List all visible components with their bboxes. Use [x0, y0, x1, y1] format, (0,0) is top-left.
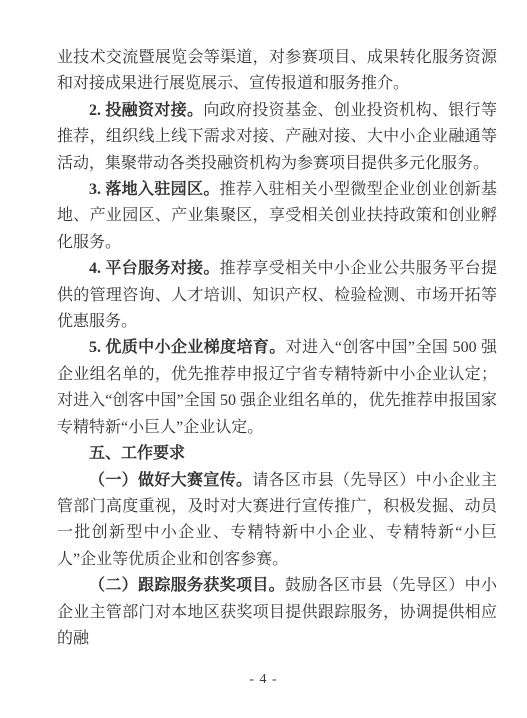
paragraph-item-yi: （一）做好大赛宣传。请各区市县（先导区）中小企业主管部门高度重视，及时对大赛进行… [57, 468, 497, 574]
paragraph-item-er: （二）跟踪服务获奖项目。鼓励各区市县（先导区）中小企业主管部门对本地区获奖项目提… [57, 573, 497, 652]
paragraph-lead: 5. 优质中小企业梯度培育。 [89, 339, 286, 356]
section-heading-text: 五、工作要求 [89, 445, 185, 462]
page-number: - 4 - [0, 672, 527, 688]
paragraph-lead: 3. 落地入驻园区。 [89, 181, 220, 198]
section-heading-5: 五、工作要求 [57, 441, 497, 467]
paragraph-continuation: 业技术交流暨展览会等渠道，对参赛项目、成果转化服务资源和对接成果进行展览展示、宣… [57, 45, 497, 98]
paragraph-lead: 4. 平台服务对接。 [89, 260, 220, 277]
paragraph-text: 业技术交流暨展览会等渠道，对参赛项目、成果转化服务资源和对接成果进行展览展示、宣… [57, 49, 497, 92]
paragraph-lead: （一）做好大赛宣传。 [89, 472, 252, 489]
paragraph-item-2: 2. 投融资对接。向政府投资基金、创业投资机构、银行等推荐，组织线上线下需求对接… [57, 98, 497, 177]
paragraph-lead: 2. 投融资对接。 [89, 102, 203, 119]
paragraph-lead: （二）跟踪服务获奖项目。 [89, 577, 285, 594]
paragraph-item-4: 4. 平台服务对接。推荐享受相关中小企业公共服务平台提供的管理咨询、人才培训、知… [57, 256, 497, 335]
paragraph-item-3: 3. 落地入驻园区。推荐入驻相关小型微型企业创业创新基地、产业园区、产业集聚区，… [57, 177, 497, 256]
document-page: 业技术交流暨展览会等渠道，对参赛项目、成果转化服务资源和对接成果进行展览展示、宣… [0, 0, 527, 718]
paragraph-item-5: 5. 优质中小企业梯度培育。对进入“创客中国”全国 500 强企业组名单的，优先… [57, 335, 497, 441]
document-body: 业技术交流暨展览会等渠道，对参赛项目、成果转化服务资源和对接成果进行展览展示、宣… [57, 45, 497, 652]
